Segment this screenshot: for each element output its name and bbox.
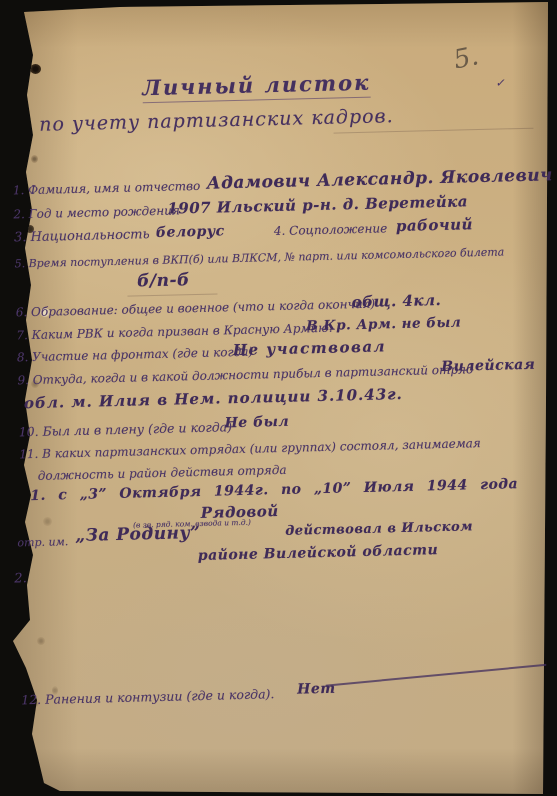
document-title: Личный листок [142, 70, 371, 104]
field-11-area-line2: районе Вилейской области [198, 542, 439, 564]
field-3-answer: белорус [156, 223, 225, 241]
field-11-unit-prefix: отр. им. [17, 535, 68, 549]
field-8-label: 8. Участие на фронтах (где и когда) [17, 345, 253, 365]
field-12-label: 12. Ранения и контузии (где и когда). [21, 686, 274, 707]
field-11-unit-note: (в зв. ряд. ком. взвода и т.д.) [133, 518, 251, 530]
field-9-answer-line1: Вилейская [441, 357, 535, 375]
margin-note: 2. [14, 571, 27, 586]
pen-stroke [325, 664, 546, 686]
field-1-label: 1. Фамилия, имя и отчество [13, 179, 201, 198]
field-4-answer: рабочий [396, 215, 474, 235]
field-6-answer: общ. 4кл. [351, 291, 441, 311]
field-10-answer: Не был [224, 414, 289, 432]
ruled-line [127, 293, 217, 296]
field-1-answer: Адамович Александр. Яковлевич [206, 165, 553, 193]
scanned-document-page: { "scan": { "page_number": "5.", "check_… [0, 0, 557, 796]
field-3-label: 3. Национальность [14, 227, 150, 245]
field-11-label-line1: 11. В каких партизанских отрядах (или гр… [19, 436, 481, 461]
field-9-label: 9. Откуда, когда и в какой должности при… [17, 362, 473, 387]
field-5-answer: б/п-б [137, 270, 190, 291]
field-5-label: 5. Время поступления в ВКП(б) или ВЛКСМ,… [14, 245, 504, 270]
field-10-label: 10. Был ли в плену (где и когда) [19, 419, 233, 439]
handwritten-content: Личный листок 5. ✓ по учету партизанских… [0, 0, 557, 796]
field-11-area-line1: действовал в Ильском [285, 519, 473, 539]
ruled-line [334, 128, 534, 134]
field-8-answer: Не участвовал [233, 337, 387, 359]
document-subtitle: по учету партизанских кадров. [39, 105, 394, 136]
field-7-answer: В Кр. Арм. не был [306, 315, 461, 335]
check-mark: ✓ [495, 76, 505, 89]
field-2-label: 2. Год и место рождения [13, 203, 180, 221]
field-9-answer-line2: обл. м. Илия в Нем. полиции 3.10.43г. [24, 385, 403, 412]
field-2-answer: 1907 Ильский р-н. д. Веретейка [167, 192, 468, 217]
field-11-label-line2: должность и район действия отряда [38, 463, 287, 483]
field-6-label: 6. Образование: общее и военное (что и к… [16, 297, 376, 320]
field-4-label: 4. Соцположение [274, 221, 388, 238]
page-number: 5. [451, 41, 481, 75]
